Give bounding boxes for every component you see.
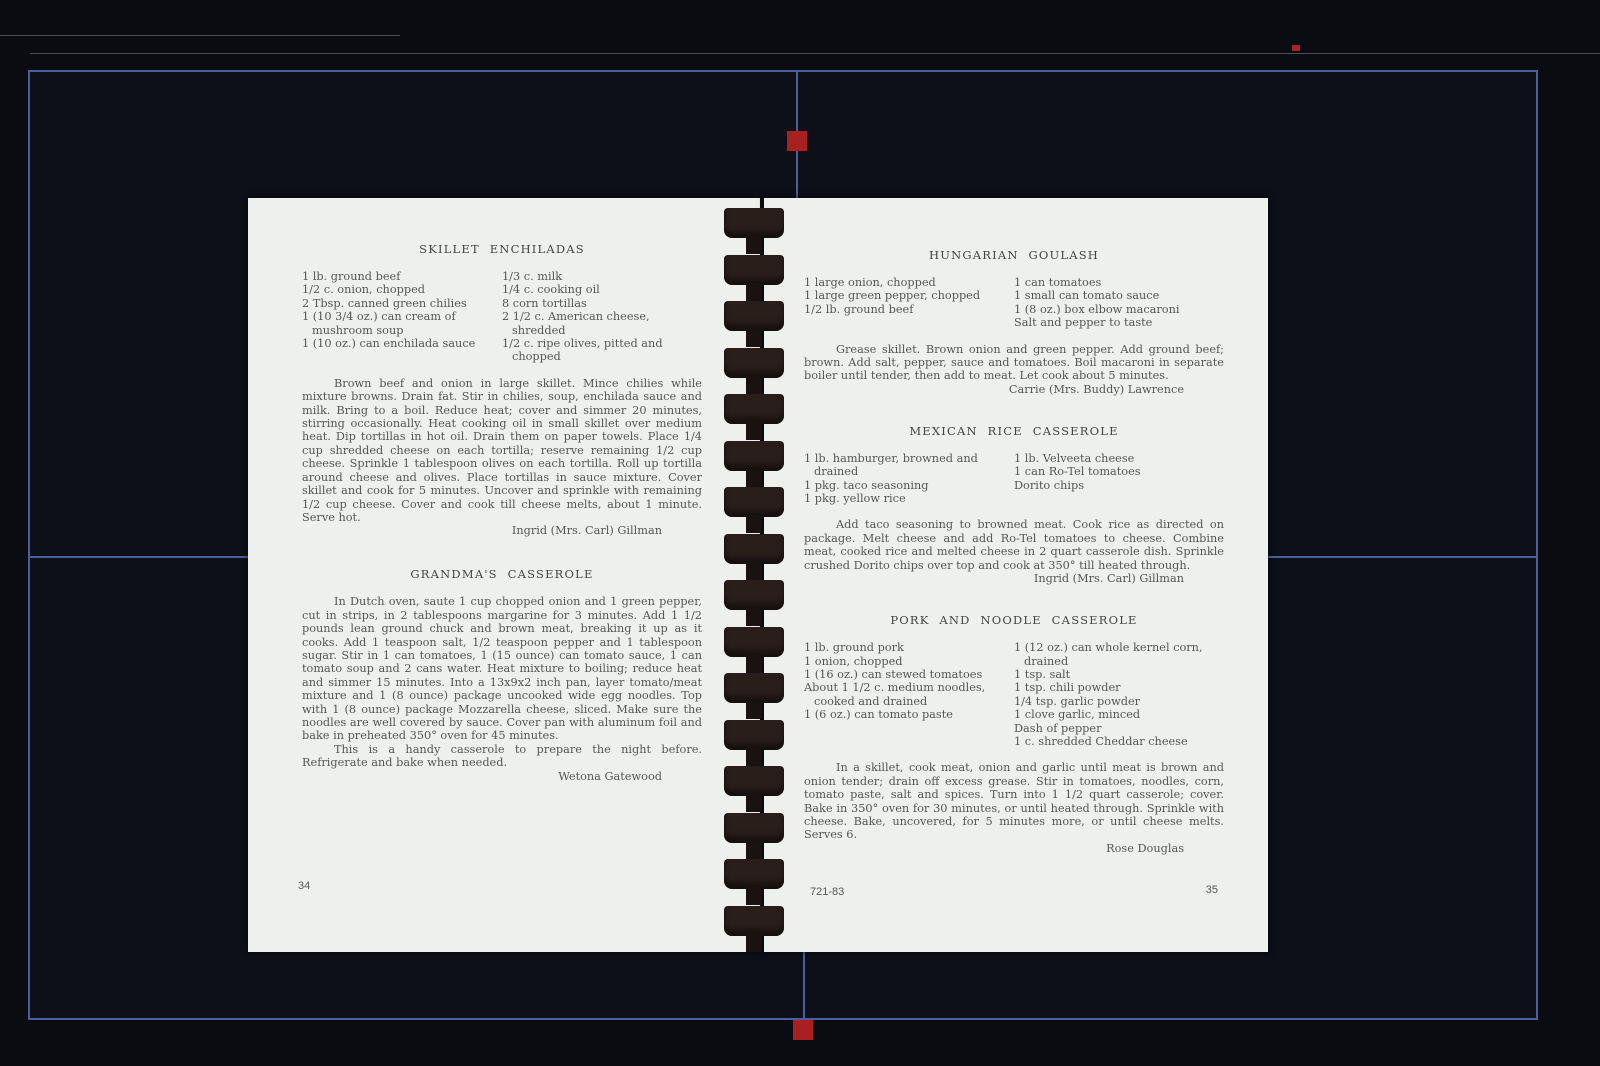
recipe: SKILLET ENCHILADAS1 lb. ground beef1/2 c… [302, 242, 702, 537]
page-number: 35 [1206, 884, 1218, 896]
ingredient: 1 pkg. taco seasoning [804, 479, 1014, 492]
ingredient: 1/2 lb. ground beef [804, 303, 1014, 316]
ingredient: 1 (12 oz.) can whole kernel corn, draine… [1014, 641, 1224, 668]
binding-ring [724, 673, 784, 703]
ingredient: 1 small can tomato sauce [1014, 289, 1224, 302]
comb-binding [724, 208, 784, 952]
binding-ring [724, 255, 784, 285]
recipe-author: Ingrid (Mrs. Carl) Gillman [302, 524, 702, 537]
ingredient: 1/4 c. cooking oil [502, 283, 702, 296]
binding-ring [724, 487, 784, 517]
ingredient-list: 1 lb. ground beef1/2 c. onion, chopped2 … [302, 270, 702, 364]
left-page: SKILLET ENCHILADAS1 lb. ground beef1/2 c… [248, 198, 760, 952]
ingredient-column: 1/3 c. milk1/4 c. cooking oil8 corn tort… [502, 270, 702, 364]
directions: In a skillet, cook meat, onion and garli… [804, 761, 1224, 841]
directions-paragraph: In a skillet, cook meat, onion and garli… [804, 761, 1224, 841]
binding-ring [724, 627, 784, 657]
recipe-title: PORK AND NOODLE CASSEROLE [804, 613, 1224, 627]
binding-ring [724, 301, 784, 331]
recipe: PORK AND NOODLE CASSEROLE1 lb. ground po… [804, 613, 1224, 855]
directions: In Dutch oven, saute 1 cup chopped onion… [302, 595, 702, 769]
directions-paragraph: This is a handy casserole to prepare the… [302, 743, 702, 770]
ingredient: 1/2 c. ripe olives, pitted and chopped [502, 337, 702, 364]
ingredient: 1 tsp. chili powder [1014, 681, 1224, 694]
page-number: 34 [298, 880, 310, 892]
ingredient: 1 (8 oz.) box elbow macaroni [1014, 303, 1224, 316]
ingredient: 1 pkg. yellow rice [804, 492, 1014, 505]
directions-paragraph: In Dutch oven, saute 1 cup chopped onion… [302, 595, 702, 742]
crosshair-horizontal-left [28, 556, 258, 558]
binding-ring [724, 766, 784, 796]
directions: Grease skillet. Brown onion and green pe… [804, 343, 1224, 383]
ingredient: 1 lb. hamburger, browned and drained [804, 452, 1014, 479]
recipe-title: MEXICAN RICE CASSEROLE [804, 424, 1224, 438]
ingredient: 1/3 c. milk [502, 270, 702, 283]
recipe-title: SKILLET ENCHILADAS [302, 242, 702, 256]
ingredient: Salt and pepper to taste [1014, 316, 1224, 329]
registration-marker-top [787, 131, 807, 151]
recipe-title: GRANDMA'S CASSEROLE [302, 567, 702, 581]
ingredient: 1 large green pepper, chopped [804, 289, 1014, 302]
recipe: GRANDMA'S CASSEROLEIn Dutch oven, saute … [302, 567, 702, 782]
recipe-author: Carrie (Mrs. Buddy) Lawrence [804, 383, 1224, 396]
ingredient: Dorito chips [1014, 479, 1224, 492]
recipe-author: Ingrid (Mrs. Carl) Gillman [804, 572, 1224, 585]
binding-ring [724, 394, 784, 424]
ingredient-list: 1 large onion, chopped1 large green pepp… [804, 276, 1224, 330]
directions-paragraph: Add taco seasoning to browned meat. Cook… [804, 518, 1224, 572]
binding-ring [724, 813, 784, 843]
ingredient: About 1 1/2 c. medium noodles, cooked an… [804, 681, 1014, 708]
ingredient: 1 can Ro-Tel tomatoes [1014, 465, 1224, 478]
binding-ring [724, 859, 784, 889]
binding-ring [724, 906, 784, 936]
directions: Brown beef and onion in large skillet. M… [302, 377, 702, 524]
ingredient: 1 can tomatoes [1014, 276, 1224, 289]
ingredient: 1 (6 oz.) can tomato paste [804, 708, 1014, 721]
right-page: HUNGARIAN GOULASH1 large onion, chopped1… [764, 198, 1268, 952]
scan-streak [0, 35, 400, 36]
directions-paragraph: Brown beef and onion in large skillet. M… [302, 377, 702, 524]
ingredient: 1 lb. Velveeta cheese [1014, 452, 1224, 465]
ingredient: 2 Tbsp. canned green chilies [302, 297, 502, 310]
recipe-author: Rose Douglas [804, 842, 1224, 855]
recipe: MEXICAN RICE CASSEROLE1 lb. hamburger, b… [804, 424, 1224, 585]
ingredient-column: 1 lb. hamburger, browned and drained1 pk… [804, 452, 1014, 506]
binding-ring [724, 208, 784, 238]
recipe-title: HUNGARIAN GOULASH [804, 248, 1224, 262]
ingredient: 1 lb. ground beef [302, 270, 502, 283]
ingredient: 1 lb. ground pork [804, 641, 1014, 654]
ingredient-list: 1 lb. ground pork1 onion, chopped1 (16 o… [804, 641, 1224, 748]
ingredient-column: 1 lb. ground beef1/2 c. onion, chopped2 … [302, 270, 502, 364]
binding-ring [724, 441, 784, 471]
ingredient: Dash of pepper [1014, 722, 1224, 735]
ingredient-column: 1 can tomatoes1 small can tomato sauce1 … [1014, 276, 1224, 330]
ingredient: 1 large onion, chopped [804, 276, 1014, 289]
crosshair-vertical-bottom [803, 950, 805, 1020]
corner-marker [1292, 45, 1300, 51]
binding-ring [724, 348, 784, 378]
print-code: 721-83 [810, 886, 844, 898]
ingredient: 2 1/2 c. American cheese, shredded [502, 310, 702, 337]
binding-ring [724, 534, 784, 564]
scan-streak [30, 53, 1600, 54]
crosshair-horizontal-right [1262, 556, 1538, 558]
ingredient: 1/4 tsp. garlic powder [1014, 695, 1224, 708]
ingredient-list: 1 lb. hamburger, browned and drained1 pk… [804, 452, 1224, 506]
ingredient: 1/2 c. onion, chopped [302, 283, 502, 296]
ingredient-column: 1 lb. ground pork1 onion, chopped1 (16 o… [804, 641, 1014, 748]
directions: Add taco seasoning to browned meat. Cook… [804, 518, 1224, 572]
ingredient: 8 corn tortillas [502, 297, 702, 310]
ingredient: 1 (16 oz.) can stewed tomatoes [804, 668, 1014, 681]
ingredient: 1 (10 3/4 oz.) can cream of mushroom sou… [302, 310, 502, 337]
ingredient: 1 clove garlic, minced [1014, 708, 1224, 721]
ingredient: 1 c. shredded Cheddar cheese [1014, 735, 1224, 748]
ingredient: 1 onion, chopped [804, 655, 1014, 668]
ingredient: 1 (10 oz.) can enchilada sauce [302, 337, 502, 350]
ingredient-column: 1 (12 oz.) can whole kernel corn, draine… [1014, 641, 1224, 748]
registration-marker-bottom [793, 1020, 813, 1040]
recipe-author: Wetona Gatewood [302, 770, 702, 783]
ingredient-column: 1 lb. Velveeta cheese1 can Ro-Tel tomato… [1014, 452, 1224, 506]
ingredient: 1 tsp. salt [1014, 668, 1224, 681]
ingredient-column: 1 large onion, chopped1 large green pepp… [804, 276, 1014, 330]
binding-ring [724, 580, 784, 610]
binding-ring [724, 720, 784, 750]
directions-paragraph: Grease skillet. Brown onion and green pe… [804, 343, 1224, 383]
recipe: HUNGARIAN GOULASH1 large onion, chopped1… [804, 248, 1224, 396]
